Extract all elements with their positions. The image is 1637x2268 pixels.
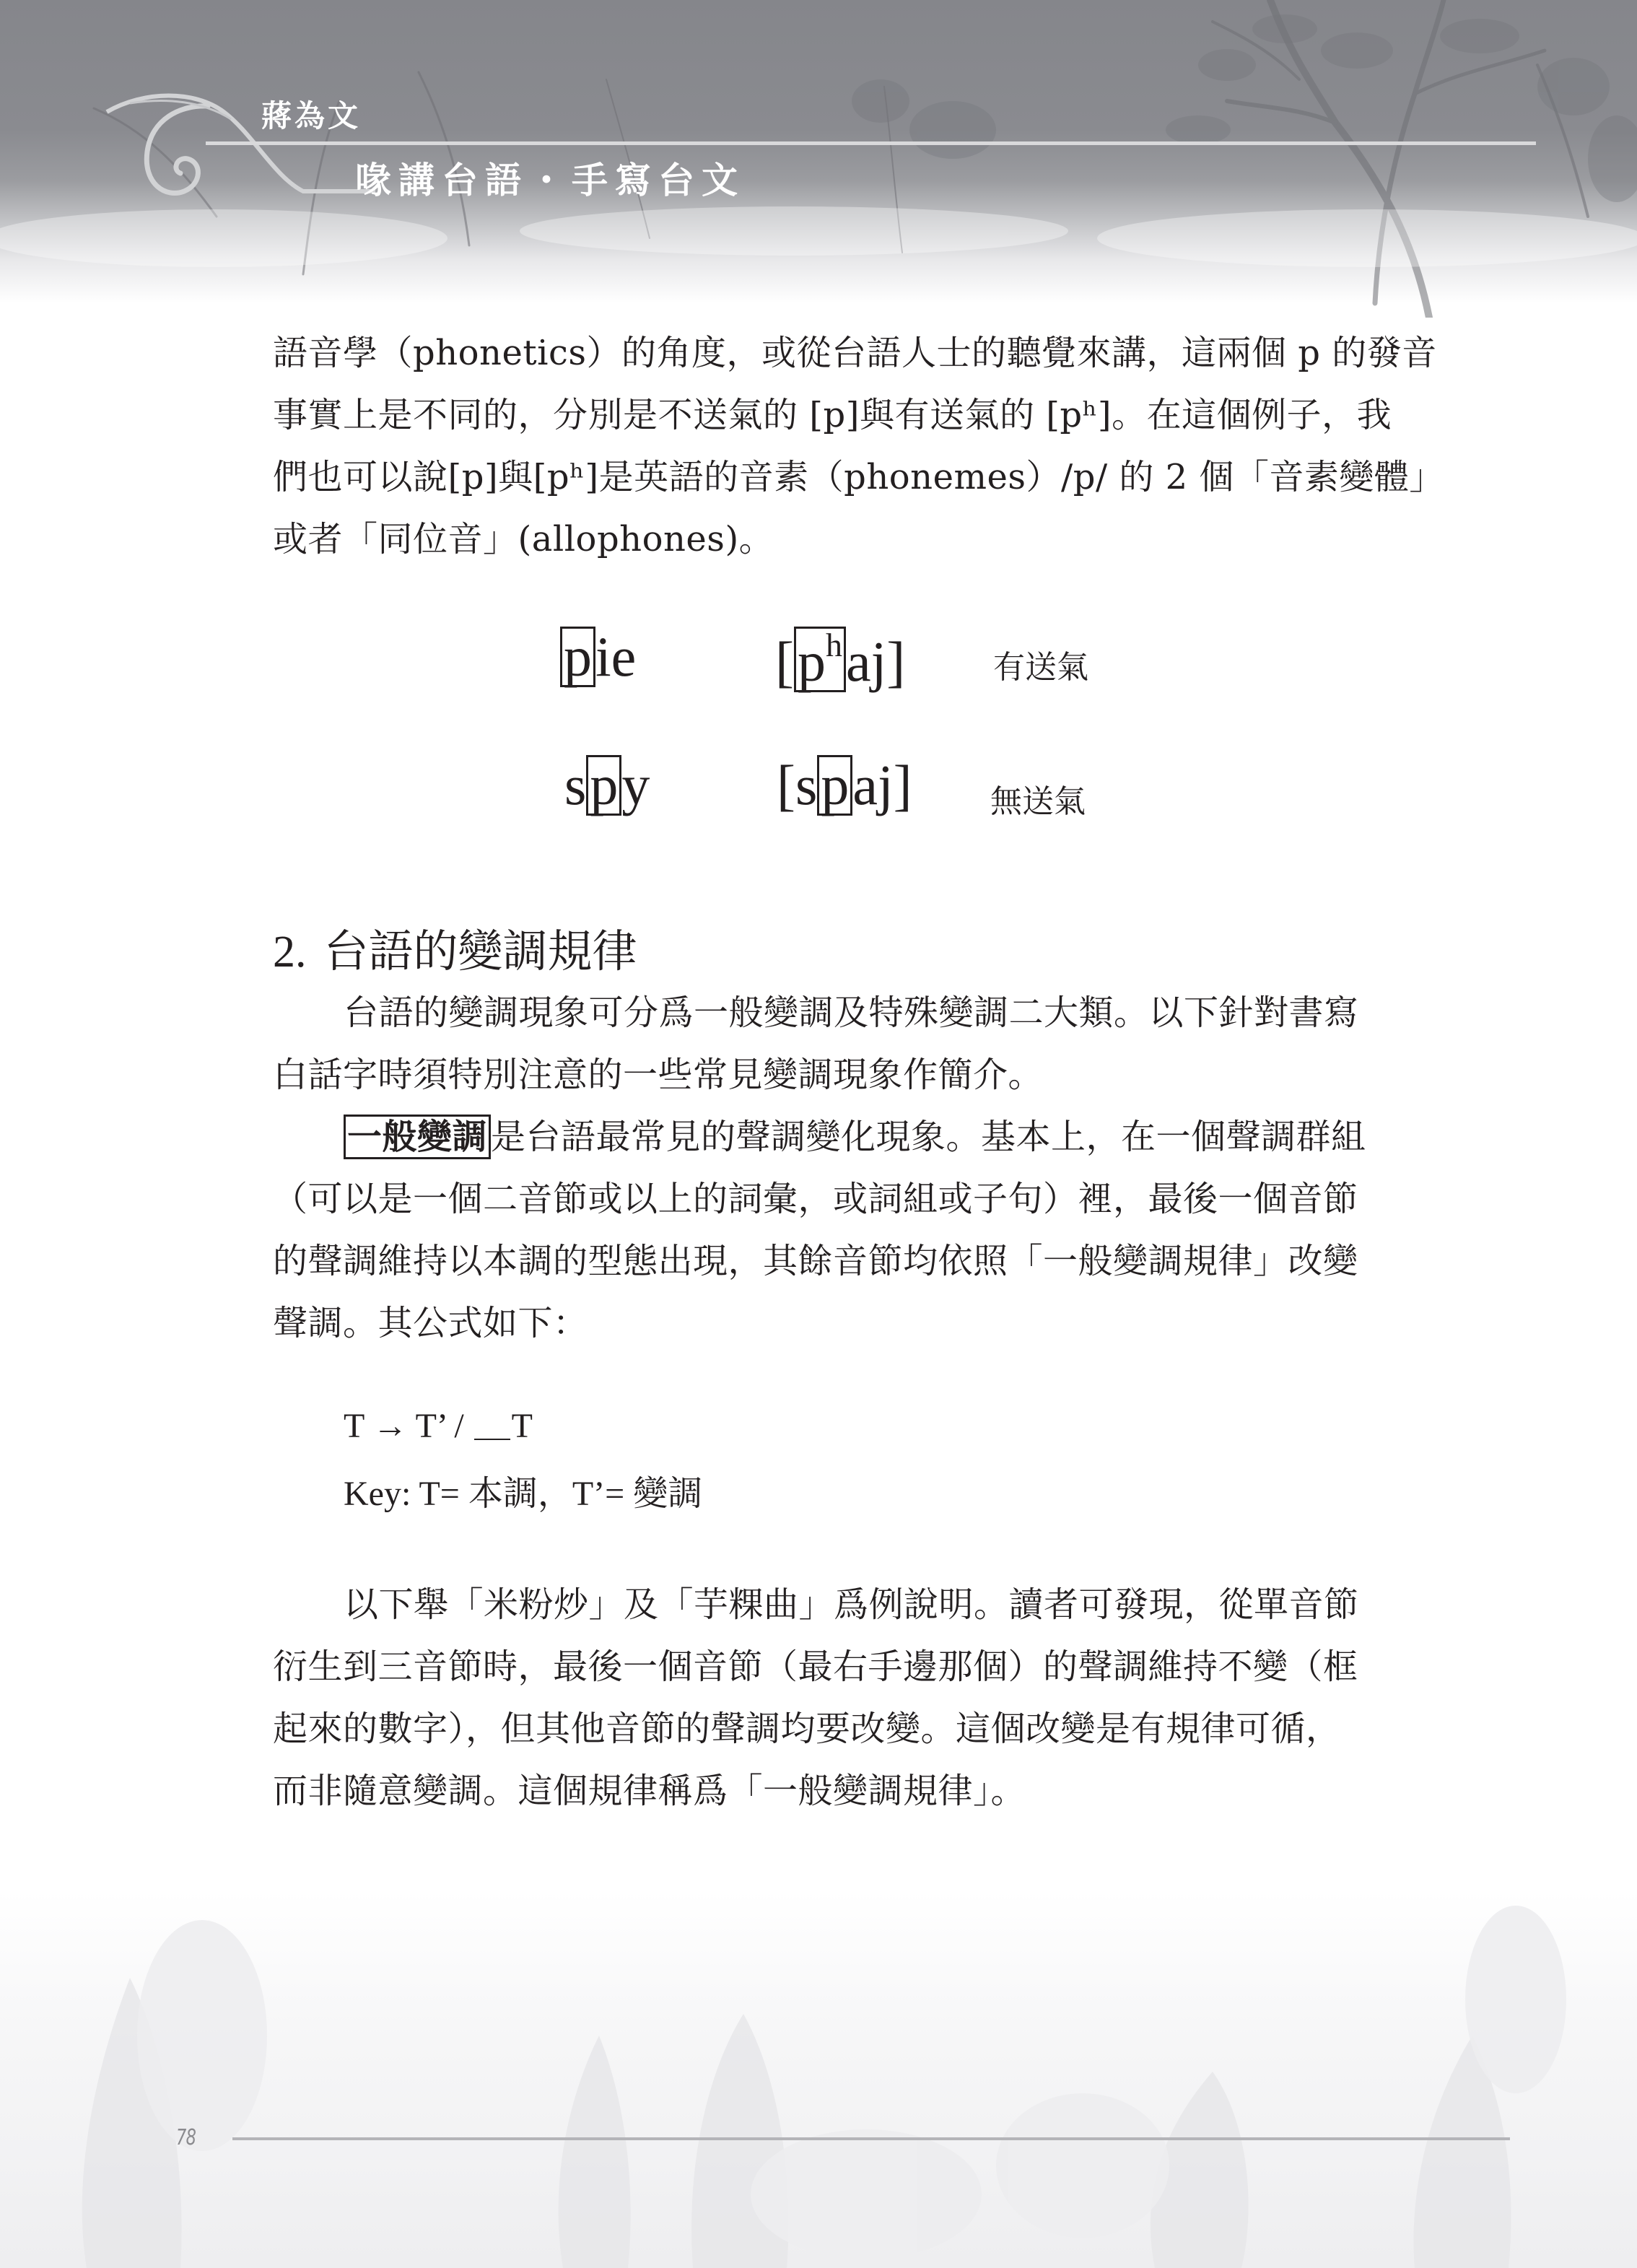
text-line: 台語的變調現象可分爲一般變調及特殊變調二大類。以下針對書寫 bbox=[273, 982, 1390, 1044]
text-line: 起來的數字），但其他音節的聲調均要改變。這個改變是有規律可循， bbox=[273, 1698, 1390, 1760]
highlighted-consonant-box: p bbox=[560, 627, 595, 687]
text-line: 或者「同位音」(allophones)。 bbox=[273, 508, 1390, 570]
example-word: spy bbox=[564, 755, 650, 816]
section-title: 台語的變調規律 bbox=[324, 925, 637, 977]
general-sandhi-paragraph: 一般變調是台語最常見的聲調變化現象。基本上，在一個聲調群組 （可以是一個二音節或… bbox=[273, 1106, 1390, 1354]
text-line: 一般變調是台語最常見的聲調變化現象。基本上，在一個聲調群組 bbox=[273, 1106, 1390, 1168]
tone-sandhi-formula: T → T’ / T bbox=[344, 1406, 533, 1446]
section-heading: 2.台語的變調規律 bbox=[273, 915, 637, 980]
section-number: 2. bbox=[273, 928, 307, 977]
footer-decoration bbox=[0, 1891, 1637, 2268]
author-name: 蔣為文 bbox=[261, 92, 361, 136]
phonetic-example-aspirated: pie [phaj] 有送氣 bbox=[273, 619, 1390, 706]
examples-paragraph: 以下舉「米粉炒」及「芋粿曲」爲例說明。讀者可發現，從單音節 衍生到三音節時，最後… bbox=[273, 1574, 1390, 1822]
phonetic-example-unaspirated: spy [spaj] 無送氣 bbox=[273, 748, 1390, 834]
highlighted-consonant-box: p bbox=[586, 755, 621, 816]
text-line: 聲調。其公式如下： bbox=[273, 1292, 1390, 1354]
boxed-term: 一般變調 bbox=[344, 1115, 491, 1159]
text-line: （可以是一個二音節或以上的詞彙，或詞組或子句）裡，最後一個音節 bbox=[273, 1168, 1390, 1230]
text-line: 的聲調維持以本調的型態出現，其餘音節均依照「一般變調規律」改變 bbox=[273, 1230, 1390, 1292]
aspiration-label: 有送氣 bbox=[993, 641, 1088, 687]
footer-rule bbox=[232, 2137, 1510, 2140]
tone-types-paragraph: 台語的變調現象可分爲一般變調及特殊變調二大類。以下針對書寫 白話字時須特別注意的… bbox=[273, 982, 1390, 1106]
page-number: 78 bbox=[176, 2125, 196, 2150]
environment-blank bbox=[474, 1410, 510, 1440]
text-line: 白話字時須特別注意的一些常見變調現象作簡介。 bbox=[273, 1044, 1390, 1106]
highlighted-consonant-box: ph bbox=[794, 627, 846, 692]
text-line: 事實上是不同的，分別是不送氣的 [p]與有送氣的 [pʰ]。在這個例子，我 bbox=[273, 384, 1390, 446]
header-banner: 蔣為文 喙講台語・手寫台文 bbox=[0, 0, 1637, 318]
text-line: 們也可以說[p]與[pʰ]是英語的音素（phonemes）/p/ 的 2 個「音… bbox=[273, 446, 1390, 508]
formula-key: Key: T= 本調，T’= 變調 bbox=[344, 1465, 702, 1515]
example-word: pie bbox=[560, 627, 636, 687]
text-line: 而非隨意變調。這個規律稱爲「一般變調規律」。 bbox=[273, 1760, 1390, 1822]
book-title: 喙講台語・手寫台文 bbox=[355, 152, 745, 204]
header-rule bbox=[206, 141, 1536, 145]
highlighted-consonant-box: p bbox=[817, 755, 852, 816]
arrow-icon: → bbox=[372, 1407, 407, 1445]
text-line: 以下舉「米粉炒」及「芋粿曲」爲例說明。讀者可發現，從單音節 bbox=[273, 1574, 1390, 1636]
ipa-transcription: [spaj] bbox=[777, 755, 912, 816]
text-line: 衍生到三音節時，最後一個音節（最右手邊那個）的聲調維持不變（框 bbox=[273, 1636, 1390, 1698]
aspiration-label: 無送氣 bbox=[990, 775, 1086, 821]
intro-paragraph: 語音學（phonetics）的角度，或從台語人士的聽覺來講，這兩個 p 的發音 … bbox=[273, 322, 1390, 570]
text-line: 語音學（phonetics）的角度，或從台語人士的聽覺來講，這兩個 p 的發音 bbox=[273, 322, 1390, 384]
ipa-transcription: [phaj] bbox=[775, 627, 905, 692]
leaf-watermark-background bbox=[0, 1891, 1637, 2268]
